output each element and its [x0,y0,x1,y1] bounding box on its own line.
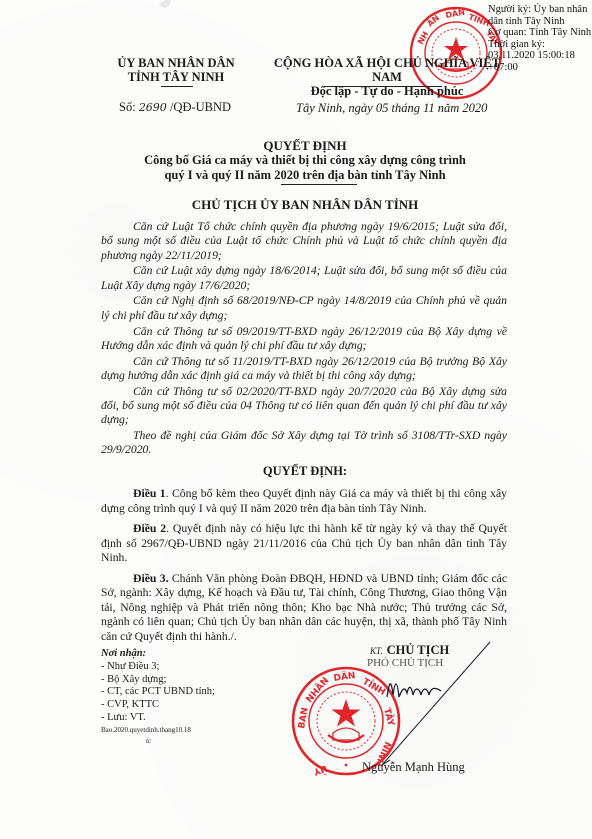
article-label: Điều 2 [133,522,166,535]
recipient-item: - CVP, KTTC [101,699,281,712]
motto-divider [324,86,442,87]
authority-heading: CHỦ TỊCH ỦY BAN NHÂN DÂN TỈNH [60,197,550,213]
preamble-item: Căn cứ Luật xây dựng ngày 18/6/2014; Luậ… [101,264,507,293]
articles: Điều 1. Công bố kèm theo Quyết định này … [101,487,507,650]
signer-label: Người ký: Ủy ban nhân dân tỉnh Tây Ninh [488,4,592,27]
preamble-item: Theo đề nghị của Giám đốc Sở Xây dựng tạ… [101,429,507,458]
recipients-heading: Nơi nhận: [101,648,281,661]
org-name-line2: TỈNH TÂY NINH [128,70,225,84]
title-divider [281,184,357,185]
decision-heading: QUYẾT ĐỊNH: [60,464,550,479]
article-2: Điều 2. Quyết định này có hiệu lực thi h… [101,522,507,566]
recipient-item: - CT, các PCT UBND tỉnh; [101,686,281,699]
title-line2: quý I và quý II năm 2020 trên địa bàn tỉ… [60,168,550,183]
issuing-authority: ỦY BAN NHÂN DÂN TỈNH TÂY NINH [112,56,240,84]
recipient-item: - Bộ Xây dựng; [101,674,281,687]
drafter-initials: tc [101,735,281,748]
agency-label: Cơ quan: Tỉnh Tây Ninh [488,27,592,39]
svg-text:DÂN: DÂN [333,669,356,684]
number-prefix: Số: [119,100,136,114]
recipients: Nơi nhận: - Như Điều 3; - Bộ Xây dựng; -… [101,648,281,748]
preamble-item: Căn cứ Luật Tổ chức chính quyền địa phươ… [101,220,507,263]
preamble: Căn cứ Luật Tổ chức chính quyền địa phươ… [101,220,507,459]
preamble-item: Căn cứ Thông tư số 09/2019/TT-BXD ngày 2… [101,325,507,354]
nation-name: CỘNG HÒA XÃ HỘI CHỦ NGHĨA VIỆT NAM [262,56,512,84]
document-title: QUYẾT ĐỊNH Công bố Giá ca máy và thiết b… [60,138,550,183]
org-name-line1: ỦY BAN NHÂN DÂN [112,56,240,70]
signer-name: Nguyễn Mạnh Hùng [362,760,465,775]
sign-time-label: Thời gian ký: [488,39,592,51]
article-3: Điều 3. Chánh Văn phòng Đoàn ĐBQH, HĐND … [101,572,507,645]
document-number: Số: 2690 /QĐ-UBND [119,100,231,115]
national-motto: CỘNG HÒA XÃ HỘI CHỦ NGHĨA VIỆT NAM Độc l… [262,56,512,98]
article-label: Điều 3. [133,572,169,585]
preamble-item: Căn cứ Thông tư số 11/2019/TT-BXD ngày 2… [101,355,507,384]
title-line1: Công bố Giá ca máy và thiết bị thi công … [60,153,550,168]
recipient-item: - Như Điều 3; [101,661,281,674]
svg-text:ÂN: ÂN [424,12,441,29]
sign-time-value: 03.11.2020 15:00:18 +07:00 [488,50,592,73]
preamble-item: Căn cứ Nghị định số 68/2019/NĐ-CP ngày 1… [101,294,507,323]
org-divider [161,86,193,87]
number-suffix: /QĐ-UBND [170,100,231,114]
title-main: QUYẾT ĐỊNH [60,138,550,153]
digital-signature-info: Người ký: Ủy ban nhân dân tỉnh Tây Ninh … [488,4,592,74]
article-1: Điều 1. Công bố kèm theo Quyết định này … [101,487,507,516]
document-date: Tây Ninh, ngày 05 tháng 11 năm 2020 [296,101,487,116]
signature-stroke [372,640,492,770]
file-code: Bao.2020.quyetdinh.thang10.18 [101,725,281,735]
recipient-item: - Lưu: VT. [101,712,281,725]
scan-mark [159,0,173,10]
svg-text:NH: NH [416,30,430,46]
number-handwritten: 2690 [139,101,167,114]
preamble-item: Căn cứ Thông tư số 02/2020/TT-BXD ngày 2… [101,385,507,428]
article-label: Điều 1 [133,487,166,500]
